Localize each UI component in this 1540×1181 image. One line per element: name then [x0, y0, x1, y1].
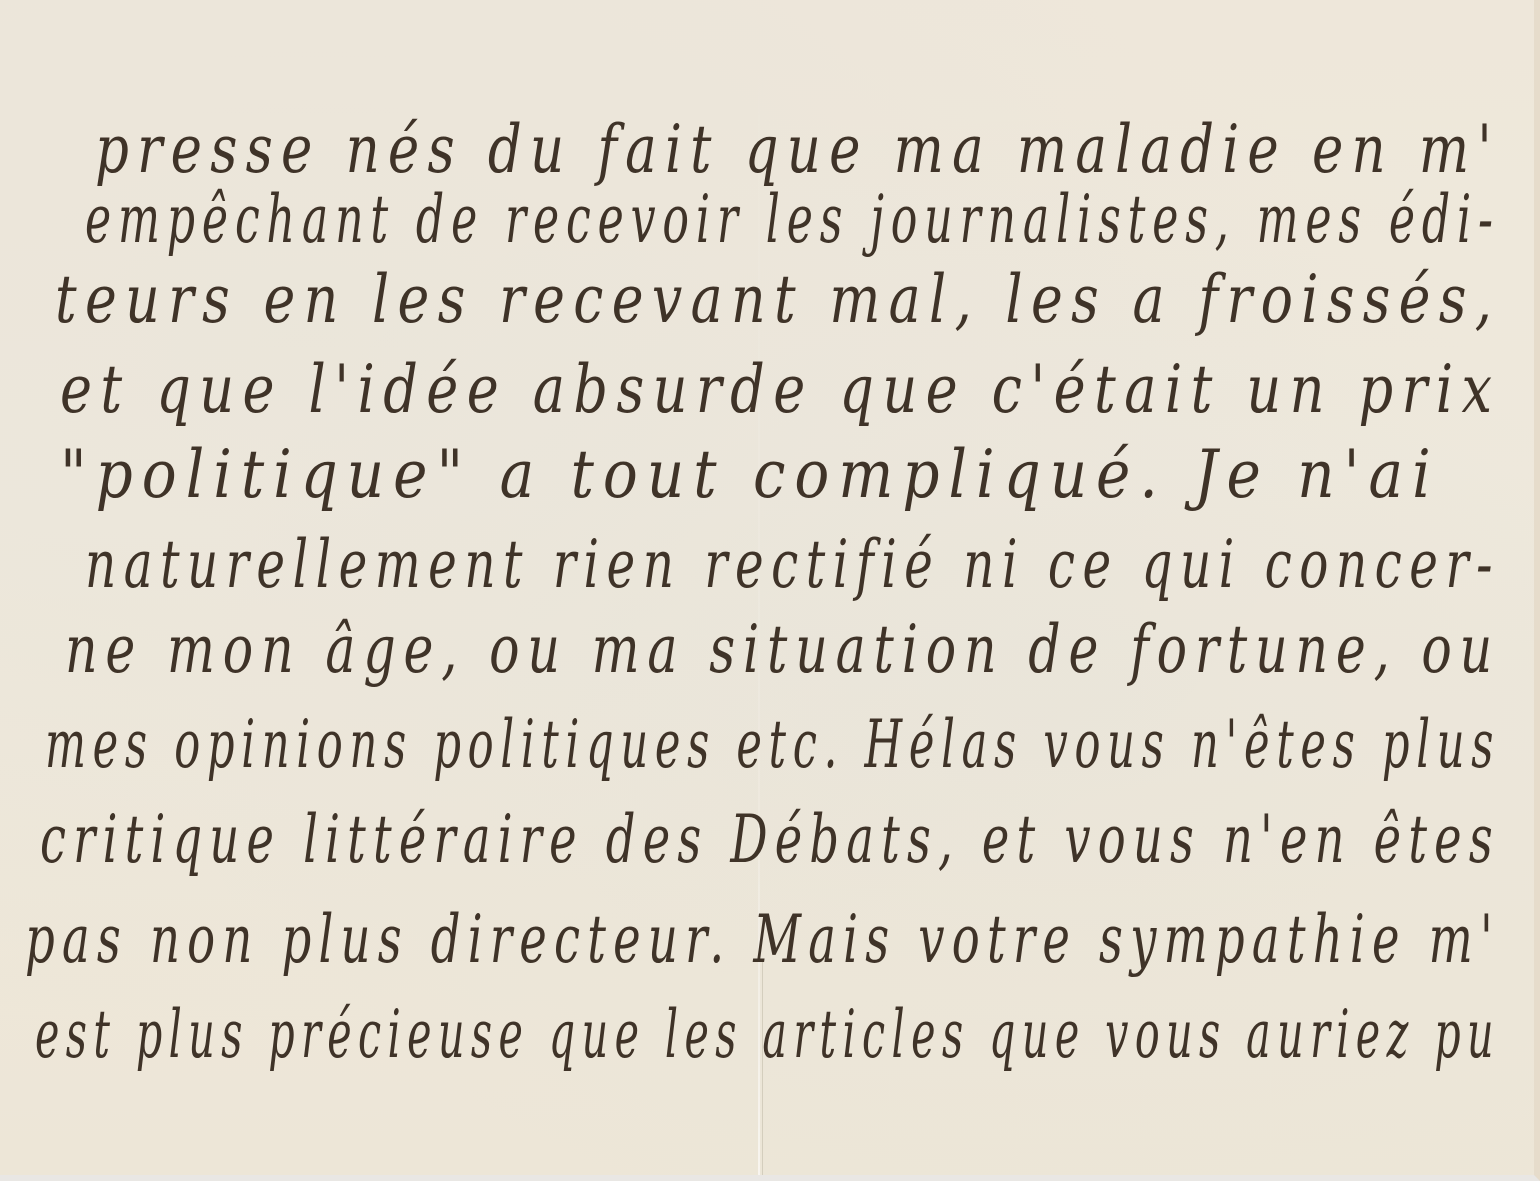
handwritten-line-7: ne mon âge, ou ma situation de fortune, …: [65, 610, 1500, 688]
handwritten-line-8: mes opinions politiques etc. Hélas vous …: [45, 705, 1500, 783]
handwritten-line-1: presse nés du fait que ma maladie en m': [95, 110, 1500, 188]
handwritten-line-5: "politique" a tout compliqué. Je n'ai: [60, 435, 1440, 513]
handwritten-line-6: naturellement rien rectifié ni ce qui co…: [85, 525, 1500, 603]
letter-page: presse nés du fait que ma maladie en m' …: [0, 0, 1540, 1181]
handwritten-line-11: est plus précieuse que les articles que …: [35, 995, 1500, 1073]
handwritten-line-2: empêchant de recevoir les journalistes, …: [85, 180, 1500, 258]
handwritten-line-9: critique littéraire des Débats, et vous …: [40, 800, 1500, 878]
handwritten-line-10: pas non plus directeur. Mais votre sympa…: [25, 900, 1500, 978]
handwritten-line-4: et que l'idée absurde que c'était un pri…: [60, 350, 1500, 428]
handwritten-line-3: teurs en les recevant mal, les a froissé…: [55, 260, 1500, 338]
